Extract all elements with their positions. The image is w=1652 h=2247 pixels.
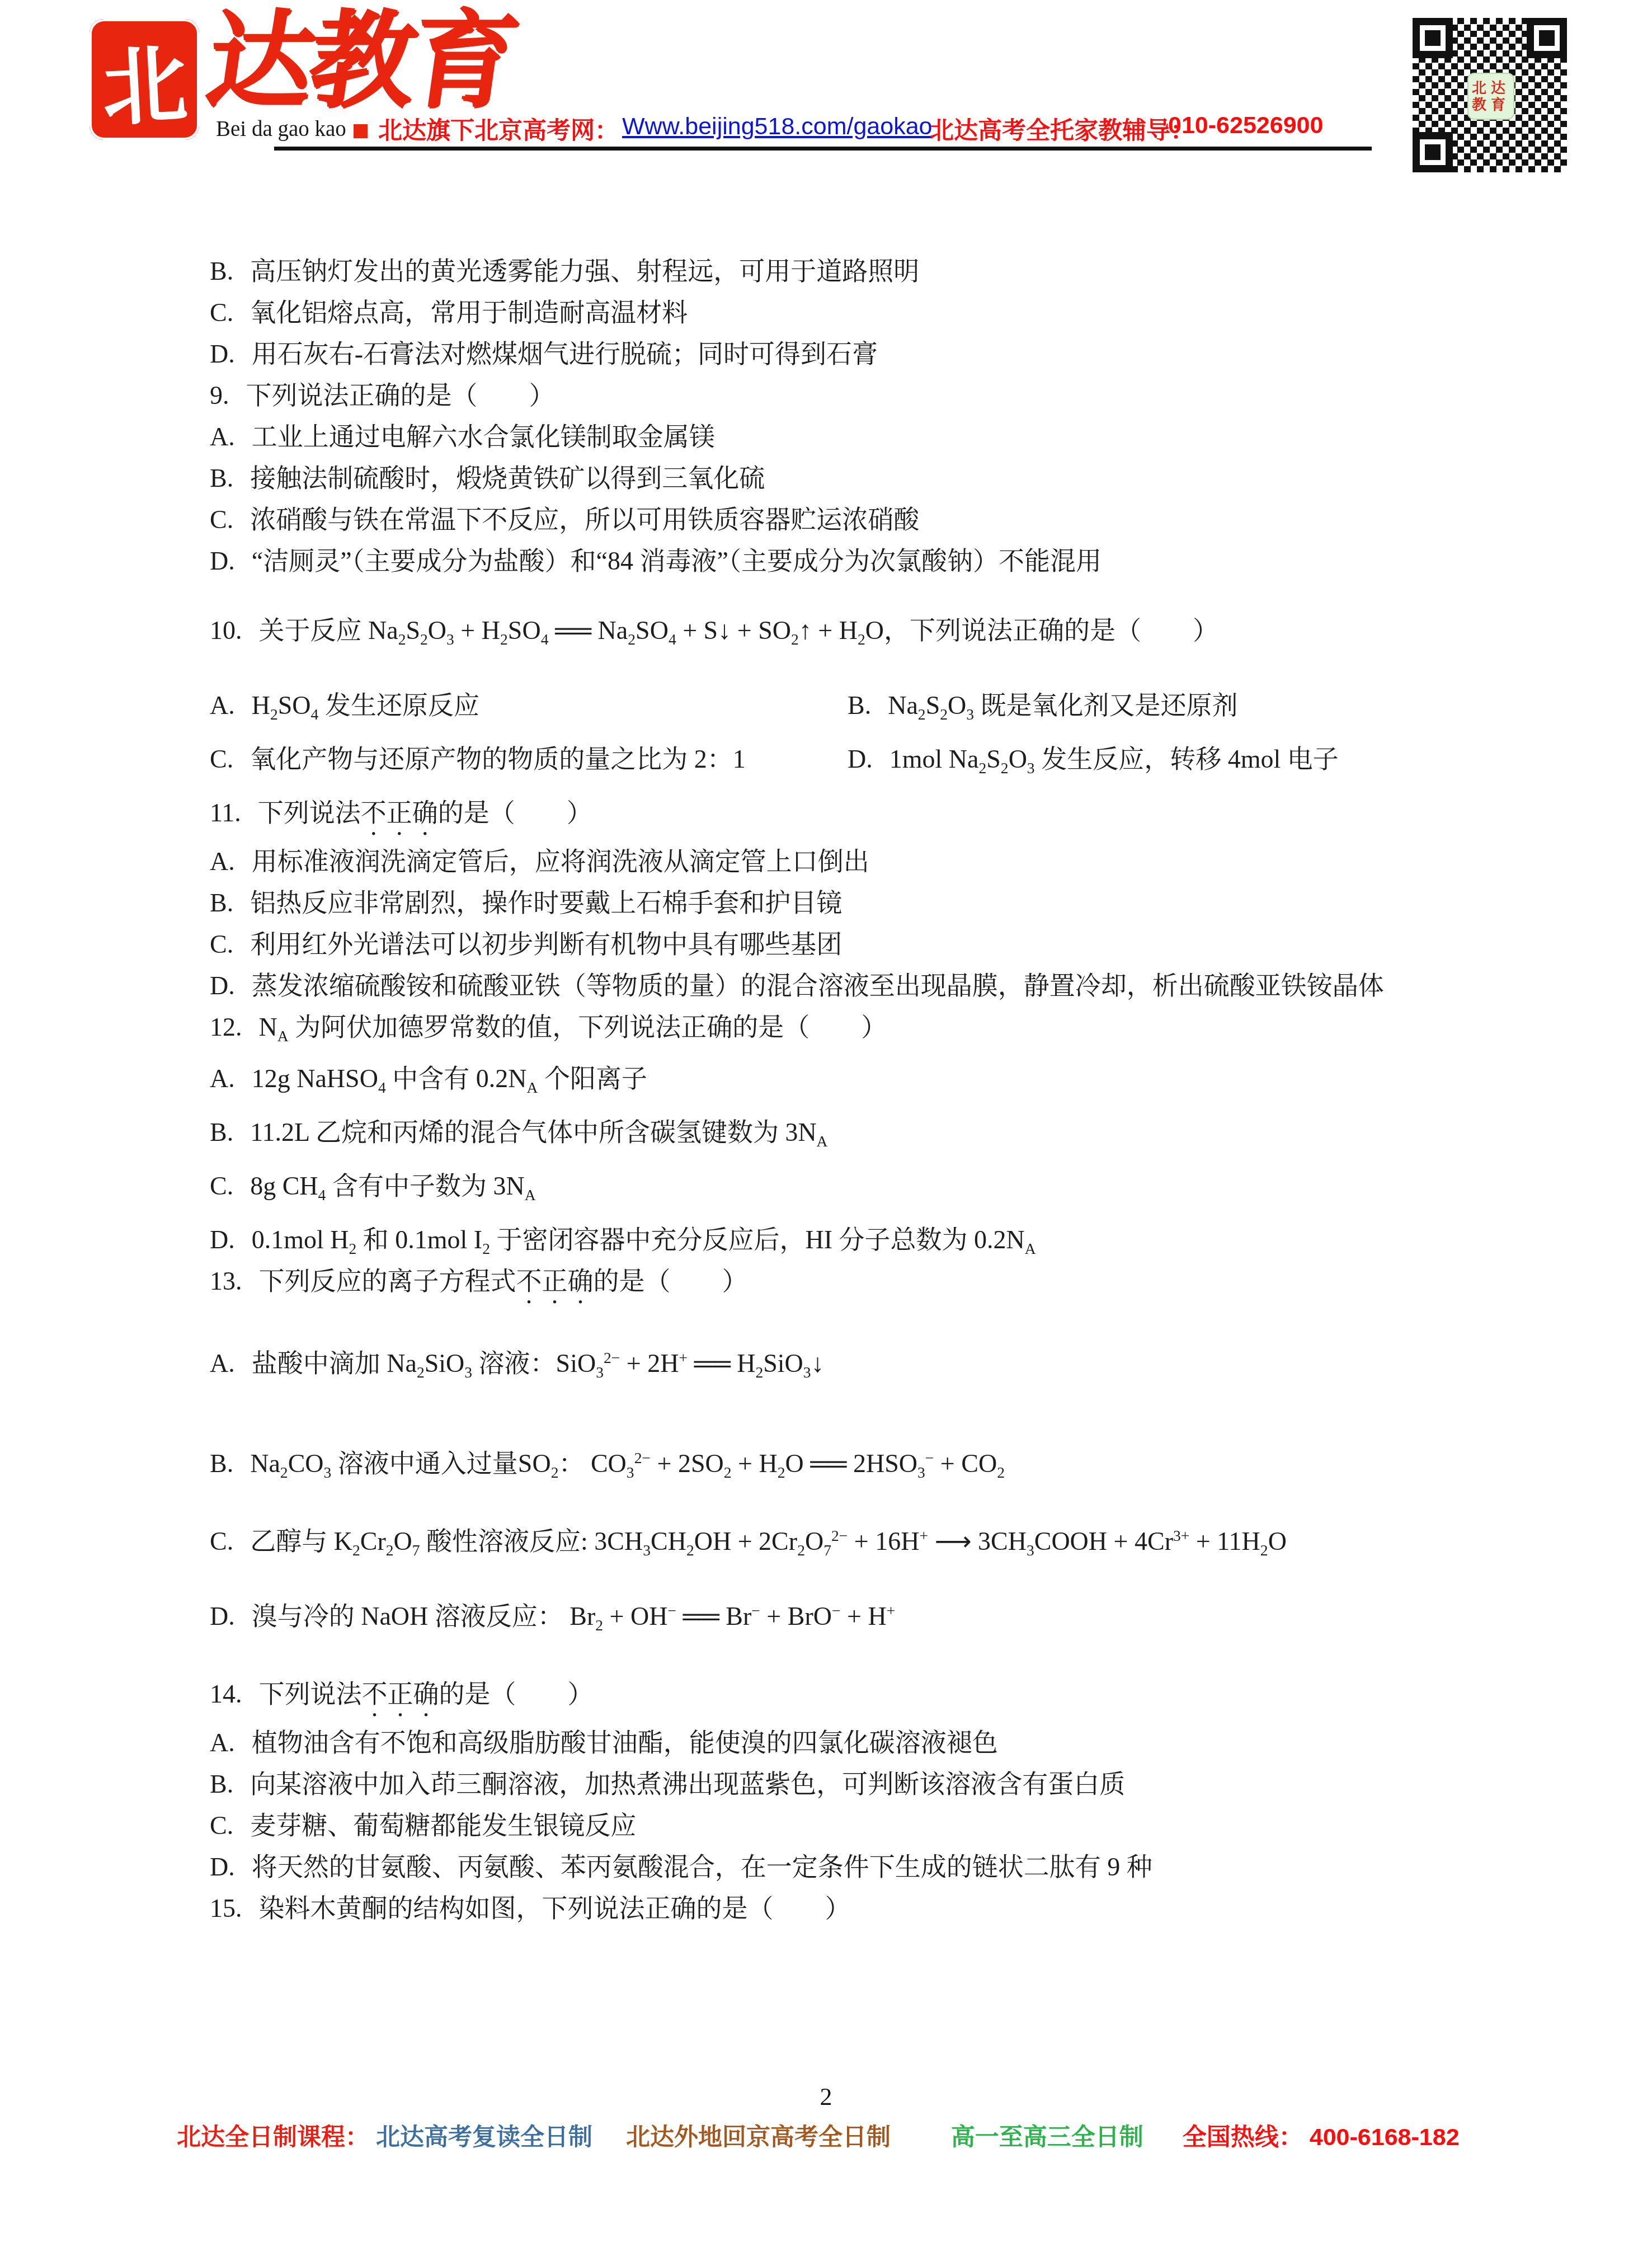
text-run: 的是（ ） [594,1267,748,1295]
chem-formula: 8g CH4 [250,1172,332,1200]
option-line: B.铝热反应非常剧烈，操作时要戴上石棉手套和护目镜 [210,882,1485,924]
question-line: 15.染料木黄酮的结构如图，下列说法正确的是（ ） [210,1888,1485,1929]
line-label: C. [210,1165,233,1207]
text-run: 溶液中通入过量 [338,1449,518,1478]
text-run: 不正确 [362,1680,439,1708]
chem-formula: Na2CO3 [250,1449,338,1478]
brand-calligraphy: 达教育 [200,1,522,121]
site-label: 北达旗下北京高考网： [378,112,619,146]
chem-formula: Na2SiO3 [387,1349,478,1378]
text-run: 的是（ ） [439,1680,594,1708]
qr-finder-top-left [1413,18,1453,58]
option-line: B.11.2L 乙烷和丙烯的混合气体中所含碳氢键数为 3NA [210,1112,1485,1153]
text-run: 的是（ ） [438,798,592,827]
question-line: 14.下列说法不正确的是（ ） [210,1674,1485,1722]
chem-formula: K2Cr2O7 [334,1527,426,1555]
text-run: 为阿伏加德罗常数的值，下列说法正确的是（ ） [295,1013,887,1041]
text-run: 浓硝酸与铁在常温下不反应，所以可用铁质容器贮运浓硝酸 [250,505,919,534]
qr-code-icon: 北达 教育 [1413,18,1567,172]
option-line: D.将天然的甘氨酸、丙氨酸、苯丙氨酸混合，在一定条件下生成的链状二肽有 9 种 [210,1846,1485,1888]
qr-finder-bottom-left [1413,132,1453,172]
text-run: 发生还原反应 [325,691,479,720]
chem-formula: 3NA [493,1172,535,1200]
text-run: 用标准液润洗滴定管后，应将润洗液从滴定管上口倒出 [252,847,869,876]
footer-row: 北达全日制课程： 北达高考复读全日制 北达外地回京高考全日制 高一至高三全日制 … [177,2118,1460,2152]
option-line: B.向某溶液中加入茚三酮溶液，加热煮沸出现蓝紫色，可判断该溶液含有蛋白质 [210,1764,1485,1805]
text-run: 不正确 [361,798,438,827]
line-label: D. [210,1846,235,1888]
text-run: 和 [363,1225,396,1254]
line-label: D. [210,333,235,375]
footer-program-gaoyi: 高一至高三全日制 [951,2118,1143,2152]
option-line: B.高压钠灯发出的黄光透雾能力强、射程远，可用于道路照明 [210,251,1485,292]
text-run: 分子总数为 [839,1225,975,1254]
question-line: 10.关于反应 Na2S2O3 + H2SO4 ══ Na2SO4 + S↓ +… [210,610,1485,651]
text-run: 电子 [1281,745,1339,773]
chem-formula: 12g NaHSO4 [252,1064,392,1093]
line-label: A. [210,1722,235,1764]
text-run: 中含有 [392,1064,476,1093]
line-label: 13. [210,1261,242,1302]
footer-program-waidi: 北达外地回京高考全日制 [626,2118,891,2152]
chem-formula: HI [806,1225,839,1254]
qr-badge-line1: 北达 [1472,79,1510,96]
line-label: 12. [210,1007,242,1048]
option-line: B.接触法制硫酸时，煅烧黄铁矿以得到三氧化硫 [210,458,1485,499]
text-run: 乙醇与 [250,1527,334,1555]
option-line: C.利用红外光谱法可以初步判断有机物中具有哪些基团 [210,924,1485,965]
text-run: 下列说法正确的是（ ） [246,381,555,410]
text-run: 不正确 [516,1267,594,1295]
option-line: D.0.1mol H2 和 0.1mol I2 于密闭容器中充分反应后，HI 分… [210,1219,1485,1261]
line-label: B. [210,1443,233,1484]
qr-badge-line2: 教育 [1472,96,1510,113]
line-label: C. [210,499,233,540]
text-run: 下列反应的离子方程式 [259,1267,516,1295]
option-line: A.H2SO4 发生还原反应 [210,685,848,726]
option-line: B.Na2CO3 溶液中通入过量SO2： CO32− + 2SO2 + H2O … [210,1443,1485,1484]
option-line: A.盐酸中滴加 Na2SiO3 溶液：SiO32− + 2H+ ══ H2SiO… [210,1343,1485,1384]
footer-hotline-number: 400-6168-182 [1310,2124,1460,2151]
option-line: C.8g CH4 含有中子数为 3NA [210,1165,1485,1207]
text-run: ： [558,1449,591,1478]
question-line: 9.下列说法正确的是（ ） [210,375,1485,416]
line-label: 9. [210,375,229,416]
line-label: C. [210,739,233,780]
text-run: 用石灰右-石膏法对燃煤烟气进行脱硫；同时可得到石膏 [252,340,878,368]
chem-formula: SO2 [518,1449,559,1478]
text-run: 铝热反应非常剧烈，操作时要戴上石棉手套和护目镜 [250,889,842,917]
line-label: A. [210,1343,235,1384]
footer-hotline-label: 全国热线： [1183,2118,1303,2152]
chem-formula: 0.1mol H2 [252,1225,363,1254]
text-run: 发生反应，转移 [1041,745,1228,773]
line-label: A. [210,841,235,882]
exam-page: 北 达教育 Bei da gao kao 北达旗下北京高考网： Www.beij… [0,0,1652,2247]
page-number: 2 [0,2083,1652,2111]
red-square-separator [354,124,368,138]
line-label: D. [848,739,873,780]
brand-tagline: Bei da gao kao [216,116,346,142]
text-run: 溶液： [479,1349,556,1378]
chem-formula: CO32− + 2SO2 + H2O ══ 2HSO3− + CO2 [591,1449,1005,1478]
text-run: 含有中子数为 [332,1172,493,1200]
chem-formula: 0.1mol I2 [395,1225,496,1254]
option-line: C.浓硝酸与铁在常温下不反应，所以可用铁质容器贮运浓硝酸 [210,499,1485,540]
line-label: D. [210,965,235,1007]
option-line: A.植物油含有不饱和高级脂肪酸甘油酯，能使溴的四氯化碳溶液褪色 [210,1722,1485,1764]
line-label: B. [210,1764,233,1805]
text-run: 麦芽糖、葡萄糖都能发生银镜反应 [250,1811,636,1840]
option-row: C.氧化产物与还原产物的物质的量之比为 2：1D.1mol Na2S2O3 发生… [210,739,1485,780]
text-run: 接触法制硫酸时，煅烧黄铁矿以得到三氧化硫 [250,464,765,492]
chem-formula: NA [259,1013,295,1041]
line-label: 10. [210,610,242,651]
qr-center-badge: 北达 教育 [1467,73,1514,120]
chem-formula: Na2S2O3 [888,691,980,720]
text-run: 蒸发浓缩硫酸铵和硫酸亚铁（等物质的量）的混合溶液至出现晶膜，静置冷却，析出硫酸亚… [252,971,1384,1000]
option-line: A.12g NaHSO4 中含有 0.2NA 个阳离子 [210,1058,1485,1099]
line-label: A. [210,1058,235,1099]
option-line: D.溴与冷的 NaOH 溶液反应： Br2 + OH− ══ Br− + BrO… [210,1596,1485,1637]
option-line: C.氧化产物与还原产物的物质的量之比为 2：1 [210,739,848,780]
line-label: B. [848,685,871,726]
line-label: 11. [210,792,241,834]
question-line: 13.下列反应的离子方程式不正确的是（ ） [210,1261,1485,1309]
chem-formula: 0.2NA [476,1064,544,1093]
chem-formula: 3CH3CH2OH + 2Cr2O72− + 16H+ ⟶ 3CH3COOH +… [594,1527,1287,1555]
option-line: C.氧化铝熔点高，常用于制造耐高温材料 [210,292,1485,333]
question-line: 12.NA 为阿伏加德罗常数的值，下列说法正确的是（ ） [210,1007,1485,1048]
text-run: 下列说法 [258,798,361,827]
chem-formula: 3NA [785,1118,827,1146]
text-run: 盐酸中滴加 [252,1349,387,1378]
line-label: A. [210,416,235,458]
line-label: 14. [210,1674,242,1715]
question-line: 11.下列说法不正确的是（ ） [210,792,1485,841]
line-label: C. [210,924,233,965]
chem-formula: SiO32− + 2H+ ══ H2SiO3↓ [556,1349,824,1378]
text-run: 溴与冷的 [252,1602,361,1630]
text-run: 高压钠灯发出的黄光透雾能力强、射程远，可用于道路照明 [250,257,919,285]
option-line: A.用标准液润洗滴定管后，应将润洗液从滴定管上口倒出 [210,841,1485,882]
chem-formula: Na2S2O3 + H2SO4 ══ Na2SO4 + S↓ + SO2↑ + … [368,616,884,645]
line-label: C. [210,1805,233,1846]
option-line: C.乙醇与 K2Cr2O7 酸性溶液反应: 3CH3CH2OH + 2Cr2O7… [210,1521,1485,1562]
text-run: 溶液反应： [435,1602,570,1630]
line-label: B. [210,882,233,924]
text-run: 工业上通过电解六水合氯化镁制取金属镁 [252,422,715,451]
chem-formula: Br2 + OH− ══ Br− + BrO− + H+ [570,1602,895,1630]
chem-formula: H2SO4 [252,691,325,720]
text-run: 关于反应 [259,616,369,645]
line-label: C. [210,1521,233,1562]
tutor-label: 北达高考全托家教辅导： [930,112,1194,146]
site-link[interactable]: Www.beijing518.com/gaokao [622,113,933,140]
text-run: 乙烷和丙烯的混合气体中所含碳氢键数为 [316,1118,785,1146]
line-label: C. [210,292,233,333]
seal-character: 北 [98,16,190,143]
chem-formula: 1mol Na2S2O3 [889,745,1041,773]
text-run: 染料木黄酮的结构如图，下列说法正确的是（ ） [259,1894,851,1922]
line-label: B. [210,1112,233,1153]
line-label: A. [210,685,235,726]
line-label: D. [210,1219,235,1261]
option-line: D.“洁厕灵”（主要成分为盐酸）和“84 消毒液”（主要成分为次氯酸钠）不能混用 [210,540,1485,582]
option-line: C.麦芽糖、葡萄糖都能发生银镜反应 [210,1805,1485,1846]
text-run: 利用红外光谱法可以初步判断有机物中具有哪些基团 [250,930,842,958]
line-label: B. [210,458,233,499]
text-run: 氧化产物与还原产物的物质的量之比为 2：1 [250,745,746,773]
chem-formula: 0.2NA [974,1225,1036,1254]
text-run: 于密闭容器中充分反应后， [497,1225,806,1254]
chem-formula: 4mol [1228,745,1281,773]
chem-formula: 11.2L [250,1118,316,1146]
text-run: 酸性溶液反应: [426,1527,594,1555]
header-rule [274,147,1372,151]
text-run: 将天然的甘氨酸、丙氨酸、苯丙氨酸混合，在一定条件下生成的链状二肽有 9 种 [252,1853,1152,1881]
beida-seal-logo: 北 [90,19,199,140]
option-row: A.H2SO4 发生还原反应B.Na2S2O3 既是氧化剂又是还原剂 [210,685,1485,726]
text-run: 植物油含有不饱和高级脂肪酸甘油酯，能使溴的四氯化碳溶液褪色 [252,1728,998,1757]
line-label: D. [210,1596,235,1637]
tutor-phone: 010-62526900 [1168,112,1323,139]
option-line: B.Na2S2O3 既是氧化剂又是还原剂 [848,685,1485,726]
text-run: 向某溶液中加入茚三酮溶液，加热煮沸出现蓝紫色，可判断该溶液含有蛋白质 [250,1770,1125,1798]
footer-program-fudu: 北达高考复读全日制 [376,2118,592,2152]
text-run: 个阳离子 [544,1064,647,1093]
text-run: 下列说法 [259,1680,362,1708]
option-line: A.工业上通过电解六水合氯化镁制取金属镁 [210,416,1485,458]
qr-finder-top-right [1527,18,1567,58]
line-label: D. [210,540,235,582]
text-run: ，下列说法正确的是（ ） [884,616,1218,645]
text-run: 氧化铝熔点高，常用于制造耐高温材料 [250,298,688,327]
chem-formula: NaOH [361,1602,435,1630]
line-label: B. [210,251,233,292]
option-line: D.蒸发浓缩硫酸铵和硫酸亚铁（等物质的量）的混合溶液至出现晶膜，静置冷却，析出硫… [210,965,1485,1007]
option-line: D.用石灰右-石膏法对燃煤烟气进行脱硫；同时可得到石膏 [210,333,1485,375]
text-run: 既是氧化剂又是还原剂 [981,691,1238,720]
option-line: D.1mol Na2S2O3 发生反应，转移 4mol 电子 [848,739,1485,780]
footer-programs-label: 北达全日制课程： [177,2118,369,2152]
exam-body: B.高压钠灯发出的黄光透雾能力强、射程远，可用于道路照明C.氧化铝熔点高，常用于… [210,251,1485,1929]
line-label: 15. [210,1888,242,1929]
text-run: “洁厕灵”（主要成分为盐酸）和“84 消毒液”（主要成分为次氯酸钠）不能混用 [252,547,1102,575]
